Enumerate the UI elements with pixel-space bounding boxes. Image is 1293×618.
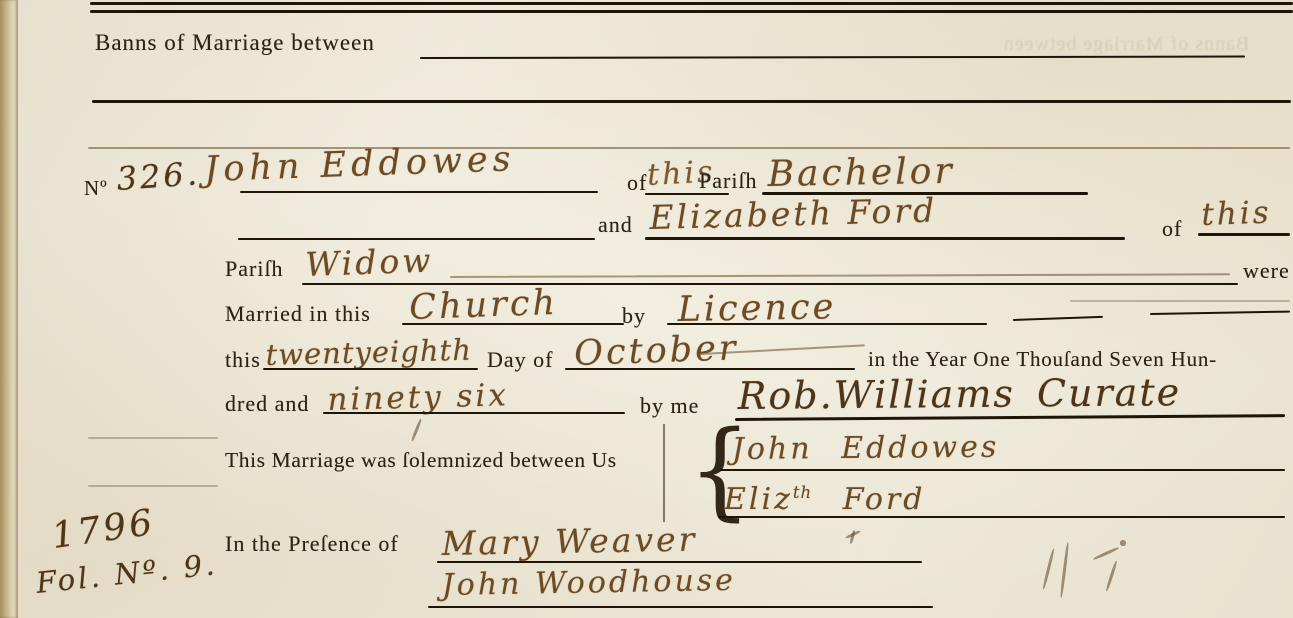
showthrough-rule-left-2 [88, 485, 218, 487]
showthrough-banns-text: Banns of Marriage between [990, 33, 1262, 56]
parish-label-line3: Pariſh [225, 256, 284, 282]
ink-smudge [1060, 542, 1070, 598]
top-rule-upper [90, 2, 1293, 5]
married-place-rule [402, 323, 624, 325]
crease-line [663, 424, 665, 522]
bride-name-handwriting: Elizabeth Ford [649, 190, 938, 237]
licence-rule [667, 323, 987, 325]
witness-1-handwriting: Mary Weaver [441, 520, 697, 563]
by-label: by [622, 303, 646, 329]
day-of-label: Day of [487, 347, 553, 373]
bride-parish-underline [1198, 233, 1290, 236]
bride-signature-rule [718, 516, 1285, 518]
section-rule [92, 100, 1291, 103]
groom-condition-handwriting: Bachelor [767, 151, 955, 195]
bride-condition-handwriting: Widow [305, 241, 434, 284]
entry-number: 326. [115, 154, 201, 198]
banns-heading: Banns of Marriage between [95, 30, 375, 56]
ink-smudge [1042, 548, 1055, 589]
were-label: were [1243, 258, 1290, 284]
witness-2-rule [428, 606, 933, 608]
ink-stroke [411, 418, 423, 441]
top-rule-lower [90, 10, 1293, 13]
of-label-groom: of [627, 170, 647, 196]
ink-dot [1120, 540, 1126, 546]
ink-smudge [1105, 560, 1118, 591]
of-label-bride: of [1162, 216, 1182, 242]
married-place-handwriting: Church [409, 283, 559, 328]
day-rule [263, 368, 478, 370]
parish-label-groom: Pariſh [699, 168, 758, 194]
marriage-register-page: Banns of Marriage between Banns of Marri… [0, 0, 1293, 618]
bride-name-rule [645, 237, 1125, 240]
licence-dash-1 [1013, 316, 1103, 321]
bride-signature-handwriting: Elizth Ford [724, 482, 926, 517]
dred-and-label: dred and [225, 391, 309, 417]
bride-pre-rule [238, 238, 595, 240]
month-rule [565, 368, 855, 370]
ink-smudge [849, 530, 856, 544]
bride-parish-word-handwriting: this [1201, 195, 1272, 233]
day-word-handwriting: twentyeighth [265, 333, 472, 372]
showthrough-rule-right [1070, 300, 1290, 302]
groom-name-rule [240, 191, 598, 193]
entry-number-prefix: Nº [84, 176, 108, 201]
showthrough-rule-left-1 [88, 437, 218, 439]
presence-label: In the Preſence of [225, 531, 399, 557]
witness-2-handwriting: John Woodhouse [441, 563, 736, 603]
bride-signature-first: Eliz [724, 482, 793, 517]
book-binding-edge [0, 0, 18, 618]
married-in-this-label: Married in this [225, 301, 371, 327]
groom-signature-handwriting: John Eddowes [732, 430, 1000, 467]
this-label: this [225, 347, 261, 373]
year-printed-line: in the Year One Thouſand Seven Hun- [868, 347, 1217, 372]
year-words-rule [323, 412, 625, 414]
officiant-signature-handwriting: Rob.Williams Curate [738, 370, 1182, 418]
bride-signature-last: Ford [843, 482, 926, 517]
solemnized-label: This Marriage was ſolemnized between Us [225, 448, 617, 473]
ink-smudge [1093, 546, 1120, 560]
banns-blank-rule [420, 56, 1245, 59]
licence-dash-2 [1150, 311, 1290, 315]
margin-year-handwriting: 1796 [49, 502, 157, 557]
pen-flourish-line [450, 273, 1230, 278]
condition-rule [302, 283, 1238, 285]
bride-signature-superscript: th [793, 483, 812, 502]
groom-signature-rule [720, 469, 1285, 471]
and-label: and [598, 212, 633, 238]
witness-1-rule [437, 561, 922, 563]
